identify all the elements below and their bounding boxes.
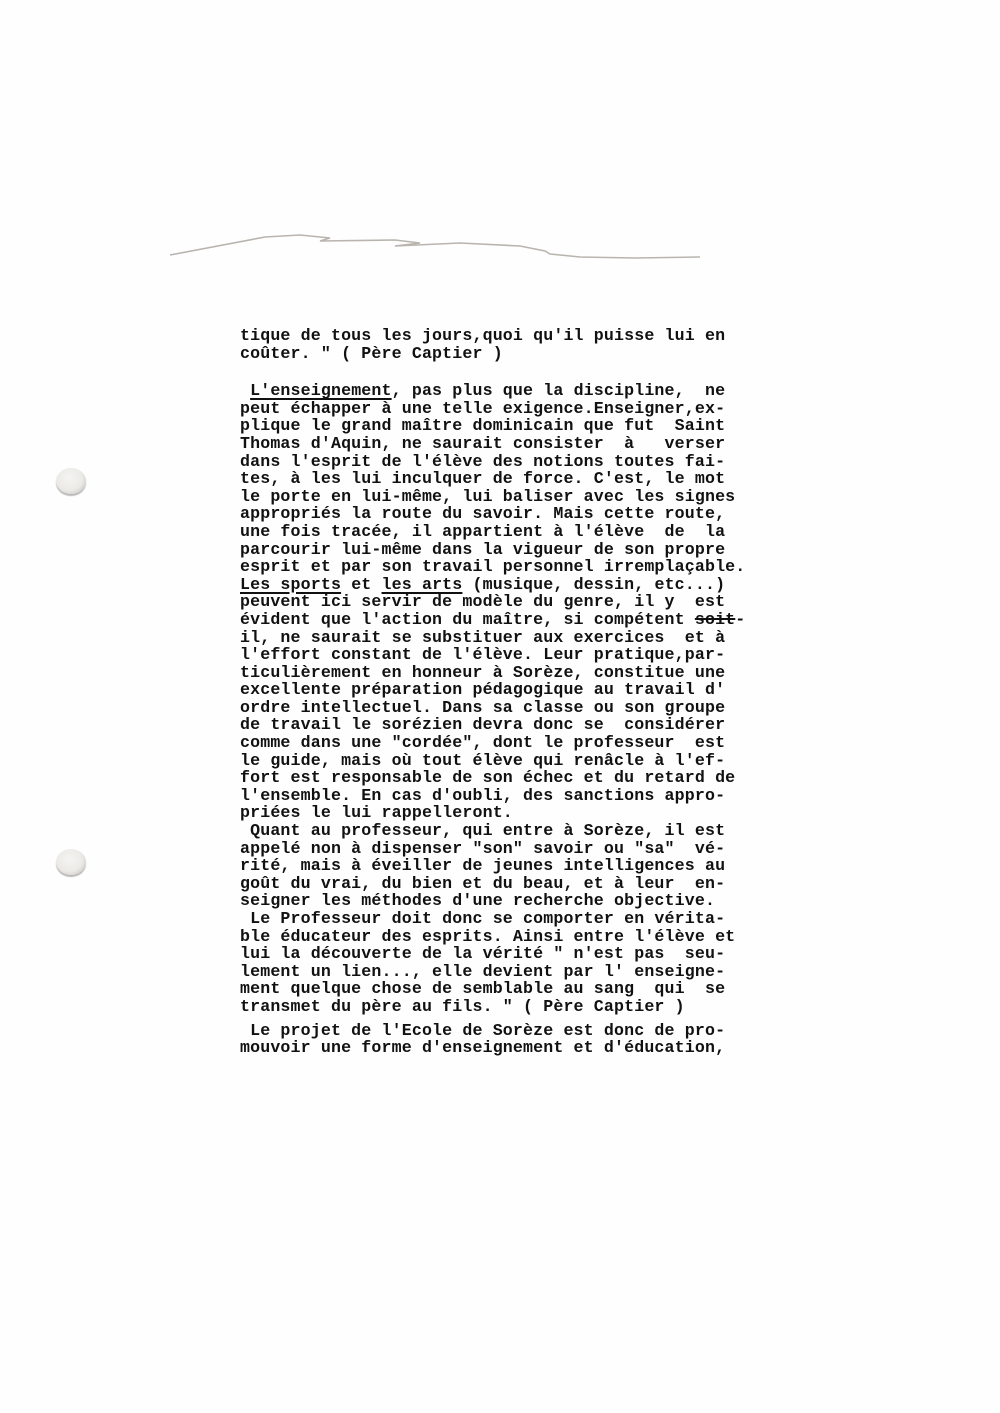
text-line: dans l'esprit de l'élève des notions tou… [240, 453, 842, 471]
text-line: appropriés la route du savoir. Mais cett… [240, 505, 842, 523]
text-line: Thomas d'Aquin, ne saurait consister à v… [240, 435, 842, 453]
text-line: peuvent ici servir de modèle du genre, i… [240, 593, 842, 611]
text-line: transmet du père au fils. " ( Père Capti… [240, 998, 842, 1016]
text-line: le guide, mais où tout élève qui renâcle… [240, 752, 842, 770]
text-line-with-underline: Les sports et les arts (musique, dessin,… [240, 576, 842, 594]
text-line: Le Professeur doit donc se comporter en … [240, 910, 842, 928]
text-line: comme dans une "cordée", dont le profess… [240, 734, 842, 752]
text-line: ble éducateur des esprits. Ainsi entre l… [240, 928, 842, 946]
text-line: goût du vrai, du bien et du beau, et à l… [240, 875, 842, 893]
text-line: parcourir lui-même dans la vigueur de so… [240, 541, 842, 559]
struck-word: soit [695, 610, 735, 629]
text-line: priées le lui rappelleront. [240, 804, 842, 822]
text-line: rité, mais à éveiller de jeunes intellig… [240, 857, 842, 875]
underlined-term-sports: Les sports [240, 575, 341, 594]
underlined-term-enseignement: L'enseignement [250, 381, 392, 400]
text-line: appelé non à dispenser "son" savoir ou "… [240, 840, 842, 858]
underlined-term-arts: les arts [382, 575, 463, 594]
text-line: une fois tracée, il appartient à l'élève… [240, 523, 842, 541]
text-line: lui la découverte de la vérité " n'est p… [240, 945, 842, 963]
text-line-with-underline: L'enseignement, pas plus que la discipli… [240, 382, 842, 400]
text-line: esprit et par son travail personnel irre… [240, 558, 842, 576]
text-line: ticulièrement en honneur à Sorèze, const… [240, 664, 842, 682]
text-line: lement un lien..., elle devient par l' e… [240, 963, 842, 981]
text-line: mouvoir une forme d'enseignement et d'éd… [240, 1039, 842, 1057]
paper-tear-edge [0, 0, 1000, 300]
binder-punch-hole-bottom [56, 849, 86, 875]
text-line: ordre intellectuel. Dans sa classe ou so… [240, 699, 842, 717]
text-line: ment quelque chose de semblable au sang … [240, 980, 842, 998]
text-line: le porte en lui-même, lui baliser avec l… [240, 488, 842, 506]
text-line: Le projet de l'Ecole de Sorèze est donc … [240, 1022, 842, 1040]
binder-punch-hole-top [56, 468, 86, 494]
text-line: seigner les méthodes d'une recherche obj… [240, 892, 842, 910]
text-line: l'ensemble. En cas d'oubli, des sanction… [240, 787, 842, 805]
scanned-page: tique de tous les jours,quoi qu'il puiss… [0, 0, 1000, 1413]
text-line: tique de tous les jours,quoi qu'il puiss… [240, 327, 842, 345]
text-line: de travail le sorézien devra donc se con… [240, 716, 842, 734]
text-line: Quant au professeur, qui entre à Sorèze,… [240, 822, 842, 840]
typewritten-text: tique de tous les jours,quoi qu'il puiss… [240, 327, 842, 1057]
text-line: l'effort constant de l'élève. Leur prati… [240, 646, 842, 664]
text-line: peut échapper à une telle exigence.Ensei… [240, 400, 842, 418]
text-line: excellente préparation pédagogique au tr… [240, 681, 842, 699]
text-line: plique le grand maître dominicain que fu… [240, 417, 842, 435]
text-line: tes, à les lui inculquer de force. C'est… [240, 470, 842, 488]
text-line-with-strike: évident que l'action du maître, si compé… [240, 611, 842, 629]
paragraph-gap [240, 362, 842, 382]
text-line: il, ne saurait se substituer aux exercic… [240, 629, 842, 647]
text-line: fort est responsable de son échec et du … [240, 769, 842, 787]
text-line: coûter. " ( Père Captier ) [240, 345, 842, 363]
